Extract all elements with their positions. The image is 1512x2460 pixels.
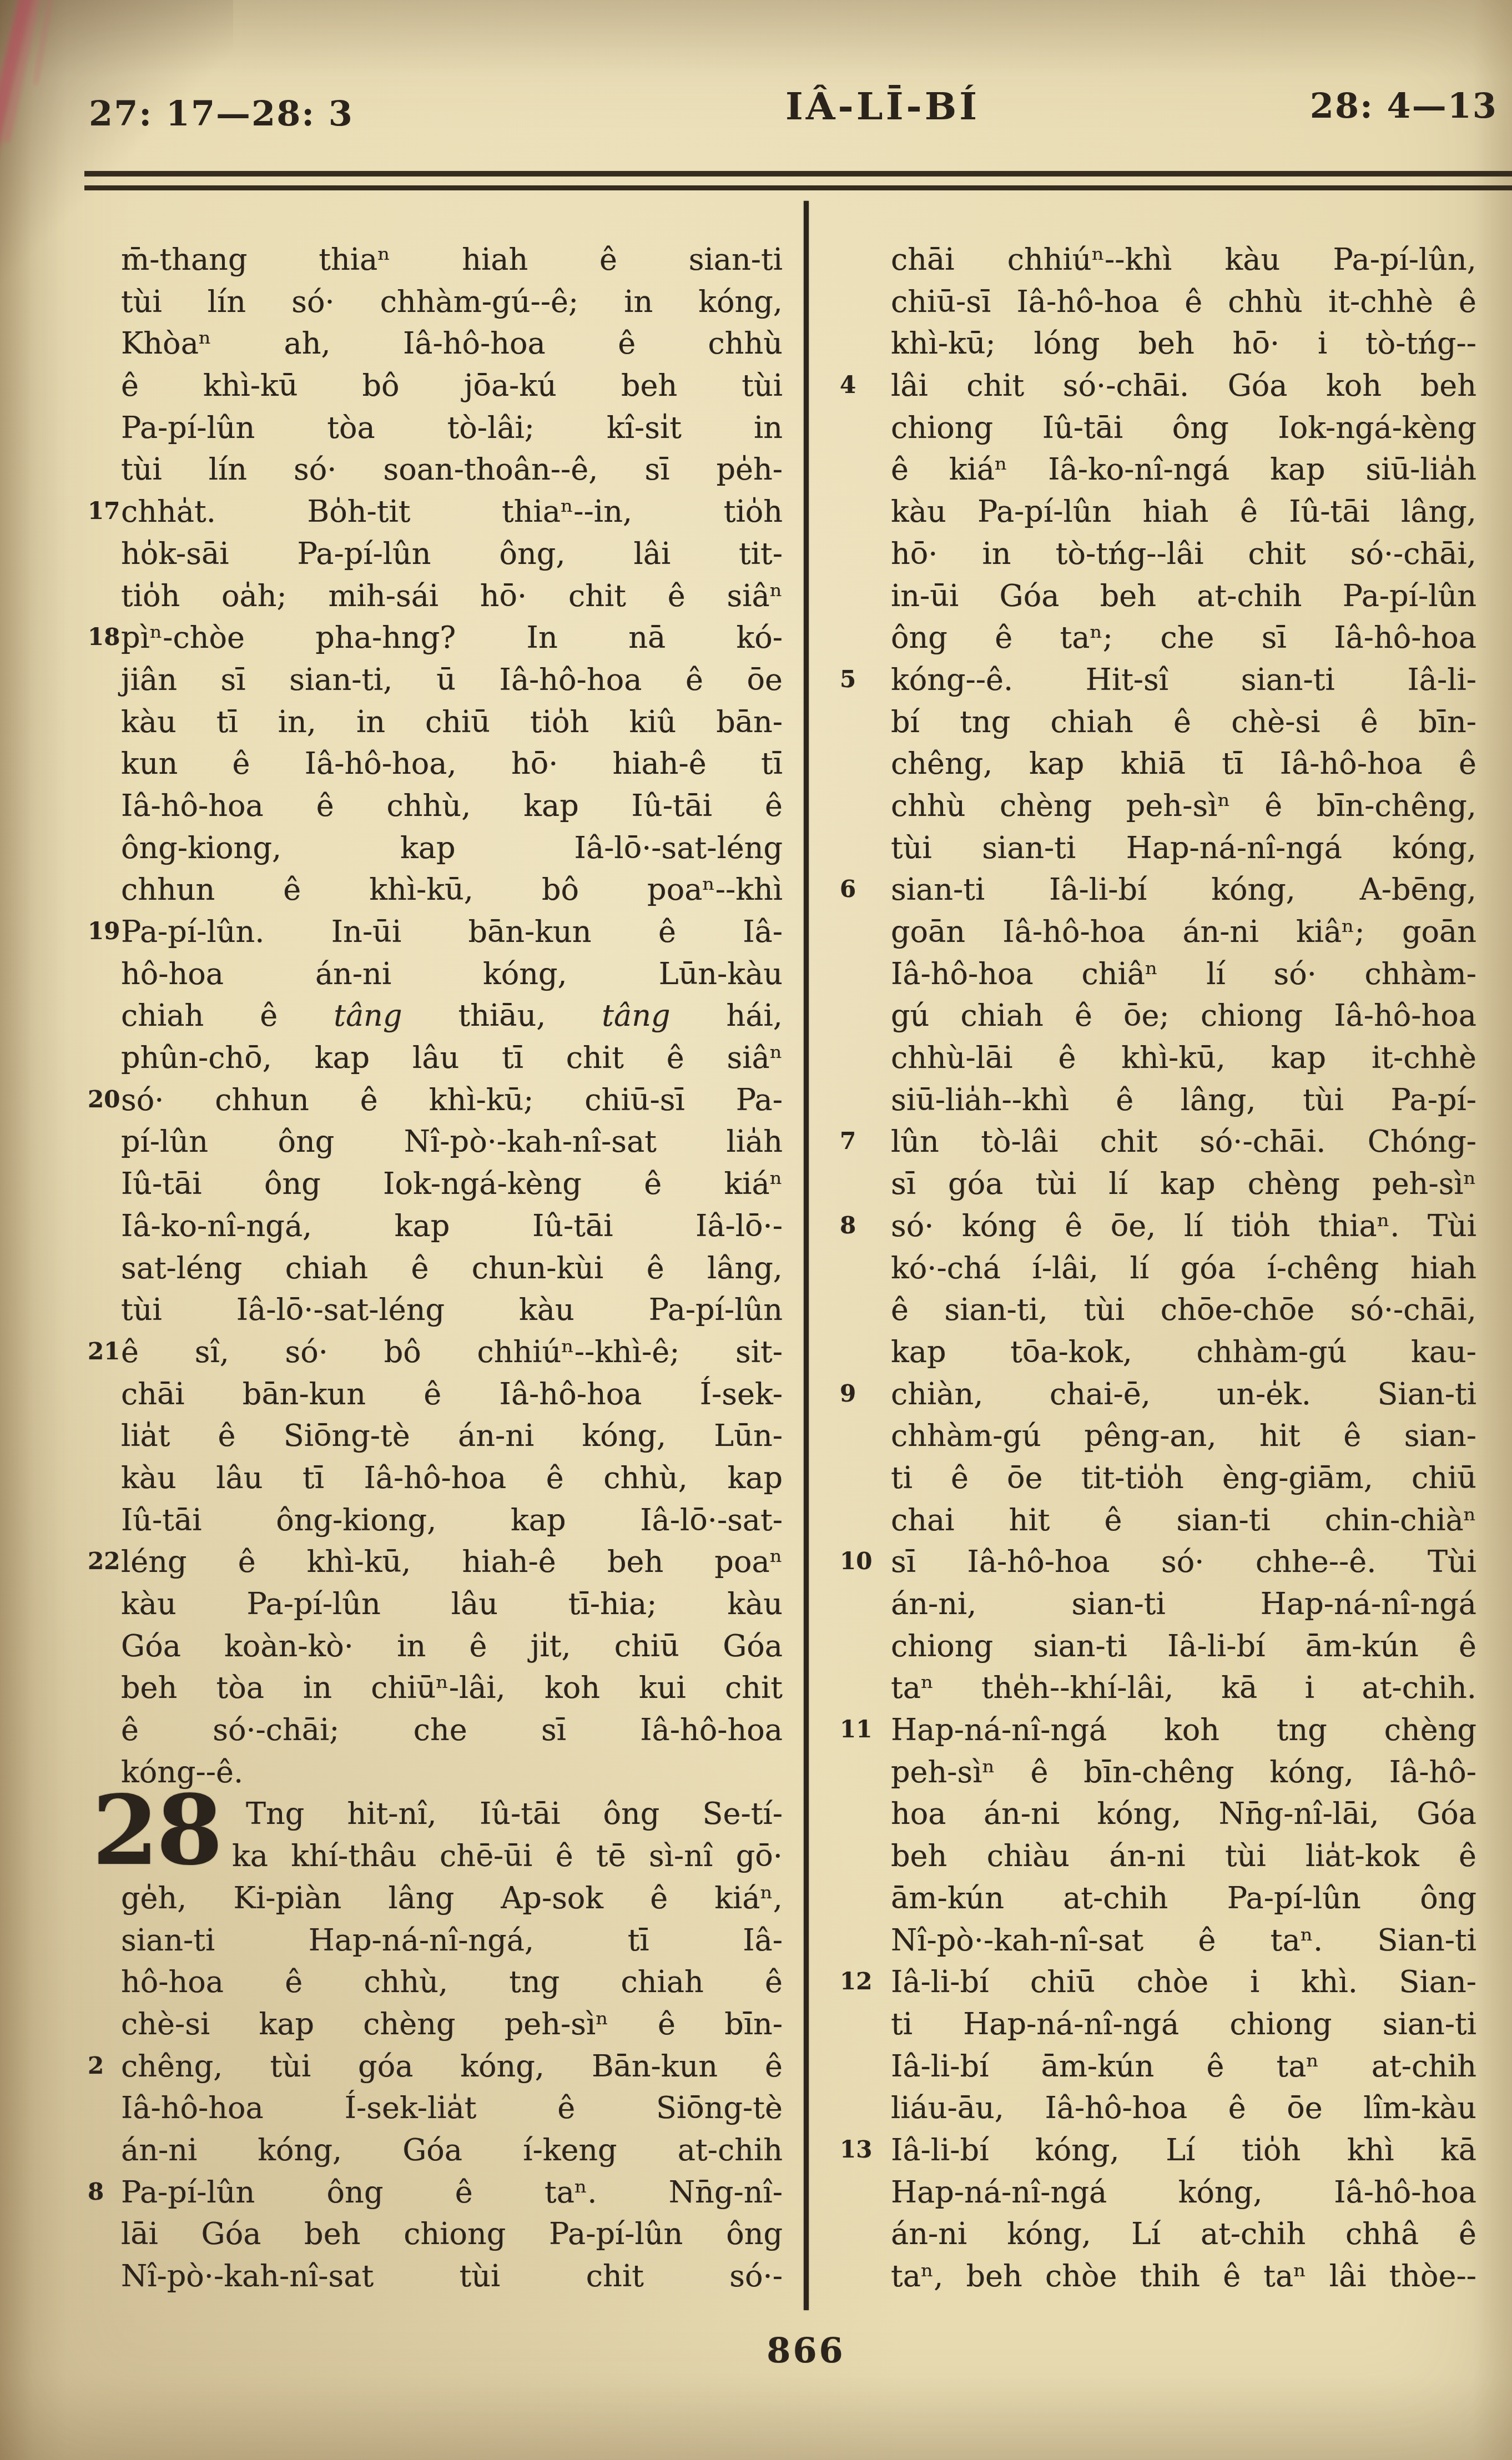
text-line: ti Hap-ná-nî-ngá chiong sian-ti	[891, 2003, 1476, 2045]
page-number: 866	[767, 2330, 845, 2371]
line-text: chha̍t. Bo̍h-tit thiaⁿ--in, tio̍h	[121, 494, 783, 529]
text-line: 4lâi chit só·-chāi. Góa koh beh	[891, 365, 1476, 407]
verse-number: 8	[88, 2174, 104, 2210]
text-line: án-ni kóng, Lí at-chih chhâ ê	[891, 2213, 1476, 2255]
verse-number: 8	[840, 1207, 856, 1244]
line-text: Iâ-li-bí kóng, Lí tio̍h khì kā	[891, 2133, 1476, 2167]
text-line: gú chiah ê ōe; chiong Iâ-hô-hoa	[891, 995, 1476, 1037]
verse-number: 20	[88, 1081, 120, 1118]
line-text: tùi sian-ti Hap-ná-nî-ngá kóng,	[891, 830, 1476, 865]
line-text: án-ni kóng, Lí at-chih chhâ ê	[891, 2216, 1476, 2251]
text-line: liáu-āu, Iâ-hô-hoa ê ōe lîm-kàu	[891, 2087, 1476, 2129]
line-text: peh-sìⁿ ê bīn-chêng kóng, Iâ-hô-	[891, 1755, 1476, 1789]
verse-number: 13	[840, 2131, 872, 2168]
verse-number: 9	[840, 1375, 856, 1412]
text-line: 5kóng--ê. Hit-sî sian-ti Iâ-li-	[891, 659, 1476, 701]
line-text: án-ni, sian-ti Hap-ná-nî-ngá	[891, 1586, 1476, 1621]
text-line: in-ūi Góa beh at-chih Pa-pí-lûn	[891, 575, 1476, 617]
text-line: beh tòa in chiūⁿ-lâi, koh kui chit	[121, 1667, 783, 1709]
text-line: Hap-ná-nî-ngá kóng, Iâ-hô-hoa	[891, 2171, 1476, 2214]
text-line: Pa-pí-lûn tòa tò-lâi; kî-si̍t in	[121, 407, 783, 449]
page-header: 27: 17—28: 3 IÂ-LĪ-BÍ 28: 4—13	[89, 93, 1498, 143]
line-text: ho̍k-sāi Pa-pí-lûn ông, lâi tit-	[121, 536, 783, 571]
line-text: hoa án-ni kóng, Nn̄g-nî-lāi, Góa	[891, 1796, 1476, 1831]
text-line: ê kiáⁿ Iâ-ko-nî-ngá kap siū-lia̍h	[891, 448, 1476, 491]
text-line: hoa án-ni kóng, Nn̄g-nî-lāi, Góa	[891, 1793, 1476, 1835]
verse-number: 12	[840, 1963, 872, 2000]
page-edge-stain	[33, 0, 53, 85]
text-line: 19Pa-pí-lûn. In-ūi bān-kun ê Iâ-	[121, 911, 783, 953]
text-line: chiong sian-ti Iâ-li-bí ām-kún ê	[891, 1625, 1476, 1667]
line-text: tùi lín só· soan-thoân--ê, sī pe̍h-	[121, 452, 783, 487]
line-text: kóng--ê.	[121, 1755, 243, 1789]
text-line: 2chêng, tùi góa kóng, Bān-kun ê	[121, 2045, 783, 2088]
verse-number: 21	[88, 1333, 120, 1370]
text-line: chêng, kap khiā tī Iâ-hô-hoa ê	[891, 743, 1476, 785]
line-text: liáu-āu, Iâ-hô-hoa ê ōe lîm-kàu	[891, 2090, 1476, 2125]
text-line: 12Iâ-li-bí chiū chòe i khì. Sian-	[891, 1961, 1476, 2003]
text-line: ti ê ōe tit-tio̍h èng-giām, chiū	[891, 1457, 1476, 1499]
line-text: Hap-ná-nî-ngá koh tng chèng	[891, 1712, 1476, 1747]
text-line: tùi sian-ti Hap-ná-nî-ngá kóng,	[891, 827, 1476, 869]
verse-number: 11	[840, 1711, 872, 1748]
text-line: kàu tī in, in chiū tio̍h kiû bān-	[121, 701, 783, 743]
text-line: bí tng chiah ê chè-si ê bīn-	[891, 701, 1476, 743]
line-text: chiàn, chai-ē, un-e̍k. Sian-ti	[891, 1377, 1476, 1412]
line-text: Pa-pí-lûn tòa tò-lâi; kî-si̍t in	[121, 410, 783, 445]
line-text: tùi lín só· chhàm-gú--ê; in kóng,	[121, 284, 783, 319]
text-line: Iâ-ko-nî-ngá, kap Iû-tāi Iâ-lō·-	[121, 1205, 783, 1247]
line-text: Góa koàn-kò· in ê ji̍t, chiū Góa	[121, 1629, 783, 1663]
line-text: chè-si kap chèng peh-sìⁿ ê bīn-	[121, 2007, 783, 2041]
line-text: chāi chhiúⁿ--khì kàu Pa-pí-lûn,	[891, 242, 1476, 277]
line-text: goān Iâ-hô-hoa án-ni kiâⁿ; goān	[891, 914, 1476, 949]
text-line: 18pìⁿ-chòe pha-hng? In nā kó-	[121, 617, 783, 659]
text-line: Iâ-li-bí ām-kún ê taⁿ at-chih	[891, 2045, 1476, 2088]
line-text: Iâ-ko-nî-ngá, kap Iû-tāi Iâ-lō·-	[121, 1208, 783, 1243]
line-text: pí-lûn ông Nî-pò·-kah-nî-sat lia̍h	[121, 1124, 783, 1159]
line-text: Iâ-hô-hoa ê chhù, kap Iû-tāi ê	[121, 788, 783, 823]
line-text: ê só·-chāi; che sī Iâ-hô-hoa	[121, 1712, 783, 1747]
text-line: kàu Pa-pí-lûn lâu tī-hia; kàu	[121, 1583, 783, 1625]
text-line: sī góa tùi lí kap chèng peh-sìⁿ	[891, 1163, 1476, 1205]
line-text: in-ūi Góa beh at-chih Pa-pí-lûn	[891, 578, 1476, 613]
line-text: chiah ê	[121, 998, 334, 1033]
text-line: Khòaⁿ ah, Iâ-hô-hoa ê chhù	[121, 322, 783, 365]
text-line: 21ê sî, só· bô chhiúⁿ--khì-ê; sit-	[121, 1331, 783, 1373]
text-line: sat-léng chiah ê chun-kùi ê lâng,	[121, 1247, 783, 1289]
text-line: kap tōa-kok, chhàm-gú kau-	[891, 1331, 1476, 1373]
text-line: 6sian-ti Iâ-li-bí kóng, A-bēng,	[891, 869, 1476, 911]
text-line: chiah ê tâng thiāu, tâng hái,	[121, 995, 783, 1037]
text-line: Iû-tāi ông-kiong, kap Iâ-lō·-sat-	[121, 1499, 783, 1541]
text-line: 17chha̍t. Bo̍h-tit thiaⁿ--in, tio̍h	[121, 491, 783, 533]
line-text: kun ê Iâ-hô-hoa, hō· hiah-ê tī	[121, 746, 783, 781]
line-text: m̄-thang thiaⁿ hiah ê sian-ti	[121, 242, 783, 277]
column-divider-rule	[804, 201, 809, 2310]
line-text: kap tōa-kok, chhàm-gú kau-	[891, 1334, 1476, 1369]
page-edge-stain	[3, 0, 42, 143]
line-text: ge̍h, Ki-piàn lâng Ap-sok ê kiáⁿ,	[121, 1881, 783, 1915]
line-text: só· kóng ê ōe, lí tio̍h thiaⁿ. Tùi	[891, 1208, 1476, 1243]
line-text: ông-kiong, kap Iâ-lō·-sat-léng	[121, 830, 783, 865]
text-line: kàu lâu tī Iâ-hô-hoa ê chhù, kap	[121, 1457, 783, 1499]
line-text: sī góa tùi lí kap chèng peh-sìⁿ	[891, 1166, 1476, 1201]
text-line: sian-ti Hap-ná-nî-ngá, tī Iâ-	[121, 1919, 783, 1962]
text-line: jiân sī sian-ti, ū Iâ-hô-hoa ê ōe	[121, 659, 783, 701]
page-title: IÂ-LĪ-BÍ	[785, 84, 980, 129]
line-text: beh tòa in chiūⁿ-lâi, koh kui chit	[121, 1670, 783, 1705]
line-text: léng ê khì-kū, hiah-ê beh poaⁿ	[121, 1544, 783, 1579]
line-text: sī Iâ-hô-hoa só· chhe--ê. Tùi	[891, 1544, 1476, 1579]
line-text: sian-ti Hap-ná-nî-ngá, tī Iâ-	[121, 1923, 783, 1958]
text-line: kó·-chá í-lâi, lí góa í-chêng hiah	[891, 1247, 1476, 1289]
text-body: 28 m̄-thang thiaⁿ hiah ê sian-titùi lín …	[83, 239, 1476, 2310]
line-text: Iâ-li-bí chiū chòe i khì. Sian-	[891, 1964, 1476, 1999]
line-text: Nî-pò·-kah-nî-sat ê taⁿ. Sian-ti	[891, 1923, 1476, 1958]
text-line: ām-kún at-chih Pa-pí-lûn ông	[891, 1877, 1476, 1919]
line-text: ti Hap-ná-nî-ngá chiong sian-ti	[891, 2007, 1476, 2041]
line-text: sian-ti Iâ-li-bí kóng, A-bēng,	[891, 872, 1476, 907]
line-text: só· chhun ê khì-kū; chiū-sī Pa-	[121, 1082, 783, 1117]
line-text: tio̍h oa̍h; mih-sái hō· chit ê siâⁿ	[121, 578, 783, 613]
line-text: kàu tī in, in chiū tio̍h kiû bān-	[121, 704, 783, 739]
text-line: Tng hit-nî, Iû-tāi ông Se-tí-	[121, 1793, 783, 1835]
italic-word: tâng	[334, 998, 402, 1033]
line-text: Iâ-hô-hoa chiâⁿ lí só· chhàm-	[891, 956, 1476, 991]
line-text: kàu Pa-pí-lûn lâu tī-hia; kàu	[121, 1586, 783, 1621]
text-line: 9chiàn, chai-ē, un-e̍k. Sian-ti	[891, 1373, 1476, 1415]
line-text: lia̍t ê Siōng-tè án-ni kóng, Lūn-	[121, 1418, 783, 1453]
text-line: tùi Iâ-lō·-sat-léng kàu Pa-pí-lûn	[121, 1289, 783, 1331]
line-text: Khòaⁿ ah, Iâ-hô-hoa ê chhù	[121, 326, 783, 361]
text-line: pí-lûn ông Nî-pò·-kah-nî-sat lia̍h	[121, 1121, 783, 1163]
line-text: ê kiáⁿ Iâ-ko-nî-ngá kap siū-lia̍h	[891, 452, 1476, 487]
left-column: 28 m̄-thang thiaⁿ hiah ê sian-titùi lín …	[83, 239, 783, 2297]
text-line: ê só·-chāi; che sī Iâ-hô-hoa	[121, 1709, 783, 1751]
text-line: kun ê Iâ-hô-hoa, hō· hiah-ê tī	[121, 743, 783, 785]
line-text: ka khí-thâu chē-ūi ê tē sì-nî gō·	[232, 1838, 783, 1873]
text-line: ê sian-ti, tùi chōe-chōe só·-chāi,	[891, 1289, 1476, 1331]
line-text: siū-lia̍h--khì ê lâng, tùi Pa-pí-	[891, 1082, 1476, 1117]
line-text: taⁿ the̍h--khí-lâi, kā i at-chih.	[891, 1670, 1476, 1705]
line-text: chhù chèng peh-sìⁿ ê bīn-chêng,	[891, 788, 1476, 823]
text-line: hô-hoa ê chhù, tng chiah ê	[121, 1961, 783, 2003]
line-text: Pa-pí-lûn ông ê taⁿ. Nn̄g-nî-	[121, 2175, 783, 2210]
text-line: ông ê taⁿ; che sī Iâ-hô-hoa	[891, 617, 1476, 659]
line-text: beh chiàu án-ni tùi lia̍t-kok ê	[891, 1838, 1476, 1873]
line-text: chêng, tùi góa kóng, Bān-kun ê	[121, 2049, 783, 2084]
text-line: kàu Pa-pí-lûn hiah ê Iû-tāi lâng,	[891, 491, 1476, 533]
text-line: 11Hap-ná-nî-ngá koh tng chèng	[891, 1709, 1476, 1751]
line-text: chiong sian-ti Iâ-li-bí ām-kún ê	[891, 1629, 1476, 1663]
scanned-book-page: { "page": { "header": { "left_ref": "27:…	[0, 0, 1512, 2460]
text-line: lia̍t ê Siōng-tè án-ni kóng, Lūn-	[121, 1415, 783, 1457]
line-text: sat-léng chiah ê chun-kùi ê lâng,	[121, 1251, 783, 1286]
text-line: chāi chhiúⁿ--khì kàu Pa-pí-lûn,	[891, 239, 1476, 281]
line-text: ām-kún at-chih Pa-pí-lûn ông	[891, 1881, 1476, 1915]
text-line: hô-hoa án-ni kóng, Lūn-kàu	[121, 953, 783, 995]
text-line: 20só· chhun ê khì-kū; chiū-sī Pa-	[121, 1079, 783, 1121]
line-text: Hap-ná-nî-ngá kóng, Iâ-hô-hoa	[891, 2175, 1476, 2210]
line-text: pìⁿ-chòe pha-hng? In nā kó-	[121, 620, 783, 655]
verse-number: 18	[88, 619, 120, 656]
header-double-rule	[84, 171, 1512, 190]
line-text: hô-hoa ê chhù, tng chiah ê	[121, 1964, 783, 1999]
text-line: chhàm-gú pêng-an, hit ê sian-	[891, 1415, 1476, 1457]
verse-number: 7	[840, 1123, 856, 1160]
text-line: án-ni, sian-ti Hap-ná-nî-ngá	[891, 1583, 1476, 1625]
text-line: Iâ-hô-hoa ê chhù, kap Iû-tāi ê	[121, 785, 783, 827]
line-text: Iû-tāi ông Iok-ngá-kèng ê kiáⁿ	[121, 1166, 783, 1201]
line-text: Pa-pí-lûn. In-ūi bān-kun ê Iâ-	[121, 914, 783, 949]
text-line: án-ni kóng, Góa í-keng at-chih	[121, 2129, 783, 2171]
line-text: jiân sī sian-ti, ū Iâ-hô-hoa ê ōe	[121, 662, 783, 697]
text-line: ho̍k-sāi Pa-pí-lûn ông, lâi tit-	[121, 533, 783, 575]
line-text: kàu lâu tī Iâ-hô-hoa ê chhù, kap	[121, 1460, 783, 1495]
text-line: khì-kū; lóng beh hō· i tò-tńg--	[891, 322, 1476, 365]
text-line: taⁿ, beh chòe thih ê taⁿ lâi thòe--	[891, 2255, 1476, 2297]
text-line: 8só· kóng ê ōe, lí tio̍h thiaⁿ. Tùi	[891, 1205, 1476, 1247]
verse-number: 2	[88, 2048, 104, 2084]
line-text: chai hit ê sian-ti chin-chiàⁿ	[891, 1503, 1476, 1537]
text-line: 8Pa-pí-lûn ông ê taⁿ. Nn̄g-nî-	[121, 2171, 783, 2214]
line-text: lûn tò-lâi chit só·-chāi. Chóng-	[891, 1124, 1476, 1159]
text-line: kóng--ê.	[121, 1751, 783, 1793]
verse-number: 6	[840, 871, 856, 908]
line-text: hō· in tò-tńg--lâi chit só·-chāi,	[891, 536, 1476, 571]
right-column: chāi chhiúⁿ--khì kàu Pa-pí-lûn,chiū-sī I…	[829, 239, 1476, 2297]
line-text: chiū-sī Iâ-hô-hoa ê chhù it-chhè ê	[891, 284, 1476, 319]
text-line: 13Iâ-li-bí kóng, Lí tio̍h khì kā	[891, 2129, 1476, 2171]
line-text: kóng--ê. Hit-sî sian-ti Iâ-li-	[891, 662, 1476, 697]
text-line: chāi bān-kun ê Iâ-hô-hoa Í-sek-	[121, 1373, 783, 1415]
text-line: phûn-chō, kap lâu tī chit ê siâⁿ	[121, 1037, 783, 1079]
text-line: chiū-sī Iâ-hô-hoa ê chhù it-chhè ê	[891, 281, 1476, 323]
line-text: chêng, kap khiā tī Iâ-hô-hoa ê	[891, 746, 1476, 781]
header-right-reference: 28: 4—13	[1310, 85, 1498, 126]
line-text: lāi Góa beh chiong Pa-pí-lûn ông	[121, 2216, 783, 2251]
page-edge-stain	[0, 0, 36, 243]
line-text: hái,	[671, 998, 783, 1033]
line-text: thiāu,	[402, 998, 602, 1033]
verse-number: 22	[88, 1543, 120, 1580]
text-line: tio̍h oa̍h; mih-sái hō· chit ê siâⁿ	[121, 575, 783, 617]
text-line: 7lûn tò-lâi chit só·-chāi. Chóng-	[891, 1121, 1476, 1163]
text-line: hō· in tò-tńg--lâi chit só·-chāi,	[891, 533, 1476, 575]
text-line: goān Iâ-hô-hoa án-ni kiâⁿ; goān	[891, 911, 1476, 953]
line-text: chhù-lāi ê khì-kū, kap it-chhè	[891, 1040, 1476, 1075]
line-text: ê sian-ti, tùi chōe-chōe só·-chāi,	[891, 1292, 1476, 1327]
line-text: chhàm-gú pêng-an, hit ê sian-	[891, 1418, 1476, 1453]
text-line: ê khì-kū bô jōa-kú beh tùi	[121, 365, 783, 407]
text-line: chiong Iû-tāi ông Iok-ngá-kèng	[891, 407, 1476, 449]
text-line: Iâ-hô-hoa Í-sek-lia̍t ê Siōng-tè	[121, 2087, 783, 2129]
text-line: Iâ-hô-hoa chiâⁿ lí só· chhàm-	[891, 953, 1476, 995]
header-left-reference: 27: 17—28: 3	[89, 93, 354, 134]
line-text: Iû-tāi ông-kiong, kap Iâ-lō·-sat-	[121, 1503, 783, 1537]
text-line: 10sī Iâ-hô-hoa só· chhe--ê. Tùi	[891, 1541, 1476, 1583]
text-line: Nî-pò·-kah-nî-sat ê taⁿ. Sian-ti	[891, 1919, 1476, 1962]
line-text: taⁿ, beh chòe thih ê taⁿ lâi thòe--	[891, 2259, 1476, 2293]
verse-number: 10	[840, 1543, 872, 1580]
italic-word: tâng	[602, 998, 670, 1033]
line-text: khì-kū; lóng beh hō· i tò-tńg--	[891, 326, 1476, 361]
line-text: phûn-chō, kap lâu tī chit ê siâⁿ	[121, 1040, 783, 1075]
text-line: siū-lia̍h--khì ê lâng, tùi Pa-pí-	[891, 1079, 1476, 1121]
verse-number: 5	[840, 661, 856, 698]
line-text: kó·-chá í-lâi, lí góa í-chêng hiah	[891, 1251, 1476, 1286]
right-column-lines: chāi chhiúⁿ--khì kàu Pa-pí-lûn,chiū-sī I…	[891, 239, 1476, 2297]
line-text: gú chiah ê ōe; chiong Iâ-hô-hoa	[891, 998, 1476, 1033]
text-line: ông-kiong, kap Iâ-lō·-sat-léng	[121, 827, 783, 869]
text-line: taⁿ the̍h--khí-lâi, kā i at-chih.	[891, 1667, 1476, 1709]
line-text: bí tng chiah ê chè-si ê bīn-	[891, 704, 1476, 739]
text-line: chhù-lāi ê khì-kū, kap it-chhè	[891, 1037, 1476, 1079]
line-text: Tng hit-nî, Iû-tāi ông Se-tí-	[246, 1796, 783, 1831]
text-line: chè-si kap chèng peh-sìⁿ ê bīn-	[121, 2003, 783, 2045]
text-line: beh chiàu án-ni tùi lia̍t-kok ê	[891, 1835, 1476, 1877]
text-line: Góa koàn-kò· in ê ji̍t, chiū Góa	[121, 1625, 783, 1667]
text-line: Nî-pò·-kah-nî-sat tùi chit só·-	[121, 2255, 783, 2297]
line-text: tùi Iâ-lō·-sat-léng kàu Pa-pí-lûn	[121, 1292, 783, 1327]
text-line: 22léng ê khì-kū, hiah-ê beh poaⁿ	[121, 1541, 783, 1583]
left-column-lines: m̄-thang thiaⁿ hiah ê sian-titùi lín só·…	[121, 239, 783, 2297]
text-line: tùi lín só· chhàm-gú--ê; in kóng,	[121, 281, 783, 323]
verse-number: 19	[88, 913, 120, 950]
text-line: chhù chèng peh-sìⁿ ê bīn-chêng,	[891, 785, 1476, 827]
line-text: ê sî, só· bô chhiúⁿ--khì-ê; sit-	[121, 1334, 783, 1369]
line-text: ê khì-kū bô jōa-kú beh tùi	[121, 368, 783, 403]
line-text: kàu Pa-pí-lûn hiah ê Iû-tāi lâng,	[891, 494, 1476, 529]
line-text: Iâ-hô-hoa Í-sek-lia̍t ê Siōng-tè	[121, 2090, 783, 2125]
text-line: Iû-tāi ông Iok-ngá-kèng ê kiáⁿ	[121, 1163, 783, 1205]
verse-number: 17	[88, 493, 120, 530]
text-line: chhun ê khì-kū, bô poaⁿ--khì	[121, 869, 783, 911]
verse-number: 4	[840, 367, 856, 404]
line-text: chiong Iû-tāi ông Iok-ngá-kèng	[891, 410, 1476, 445]
text-line: tùi lín só· soan-thoân--ê, sī pe̍h-	[121, 448, 783, 491]
line-text: ti ê ōe tit-tio̍h èng-giām, chiū	[891, 1460, 1476, 1495]
line-text: án-ni kóng, Góa í-keng at-chih	[121, 2133, 783, 2167]
text-line: chai hit ê sian-ti chin-chiàⁿ	[891, 1499, 1476, 1541]
line-text: ông ê taⁿ; che sī Iâ-hô-hoa	[891, 620, 1476, 655]
line-text: lâi chit só·-chāi. Góa koh beh	[891, 368, 1476, 403]
text-line: lāi Góa beh chiong Pa-pí-lûn ông	[121, 2213, 783, 2255]
text-line: ka khí-thâu chē-ūi ê tē sì-nî gō·	[121, 1835, 783, 1877]
text-line: peh-sìⁿ ê bīn-chêng kóng, Iâ-hô-	[891, 1751, 1476, 1793]
line-text: chāi bān-kun ê Iâ-hô-hoa Í-sek-	[121, 1377, 783, 1412]
line-text: hô-hoa án-ni kóng, Lūn-kàu	[121, 956, 783, 991]
text-line: m̄-thang thiaⁿ hiah ê sian-ti	[121, 239, 783, 281]
text-line: ge̍h, Ki-piàn lâng Ap-sok ê kiáⁿ,	[121, 1877, 783, 1919]
line-text: Iâ-li-bí ām-kún ê taⁿ at-chih	[891, 2049, 1476, 2084]
line-text: chhun ê khì-kū, bô poaⁿ--khì	[121, 872, 783, 907]
line-text: Nî-pò·-kah-nî-sat tùi chit só·-	[121, 2259, 783, 2293]
